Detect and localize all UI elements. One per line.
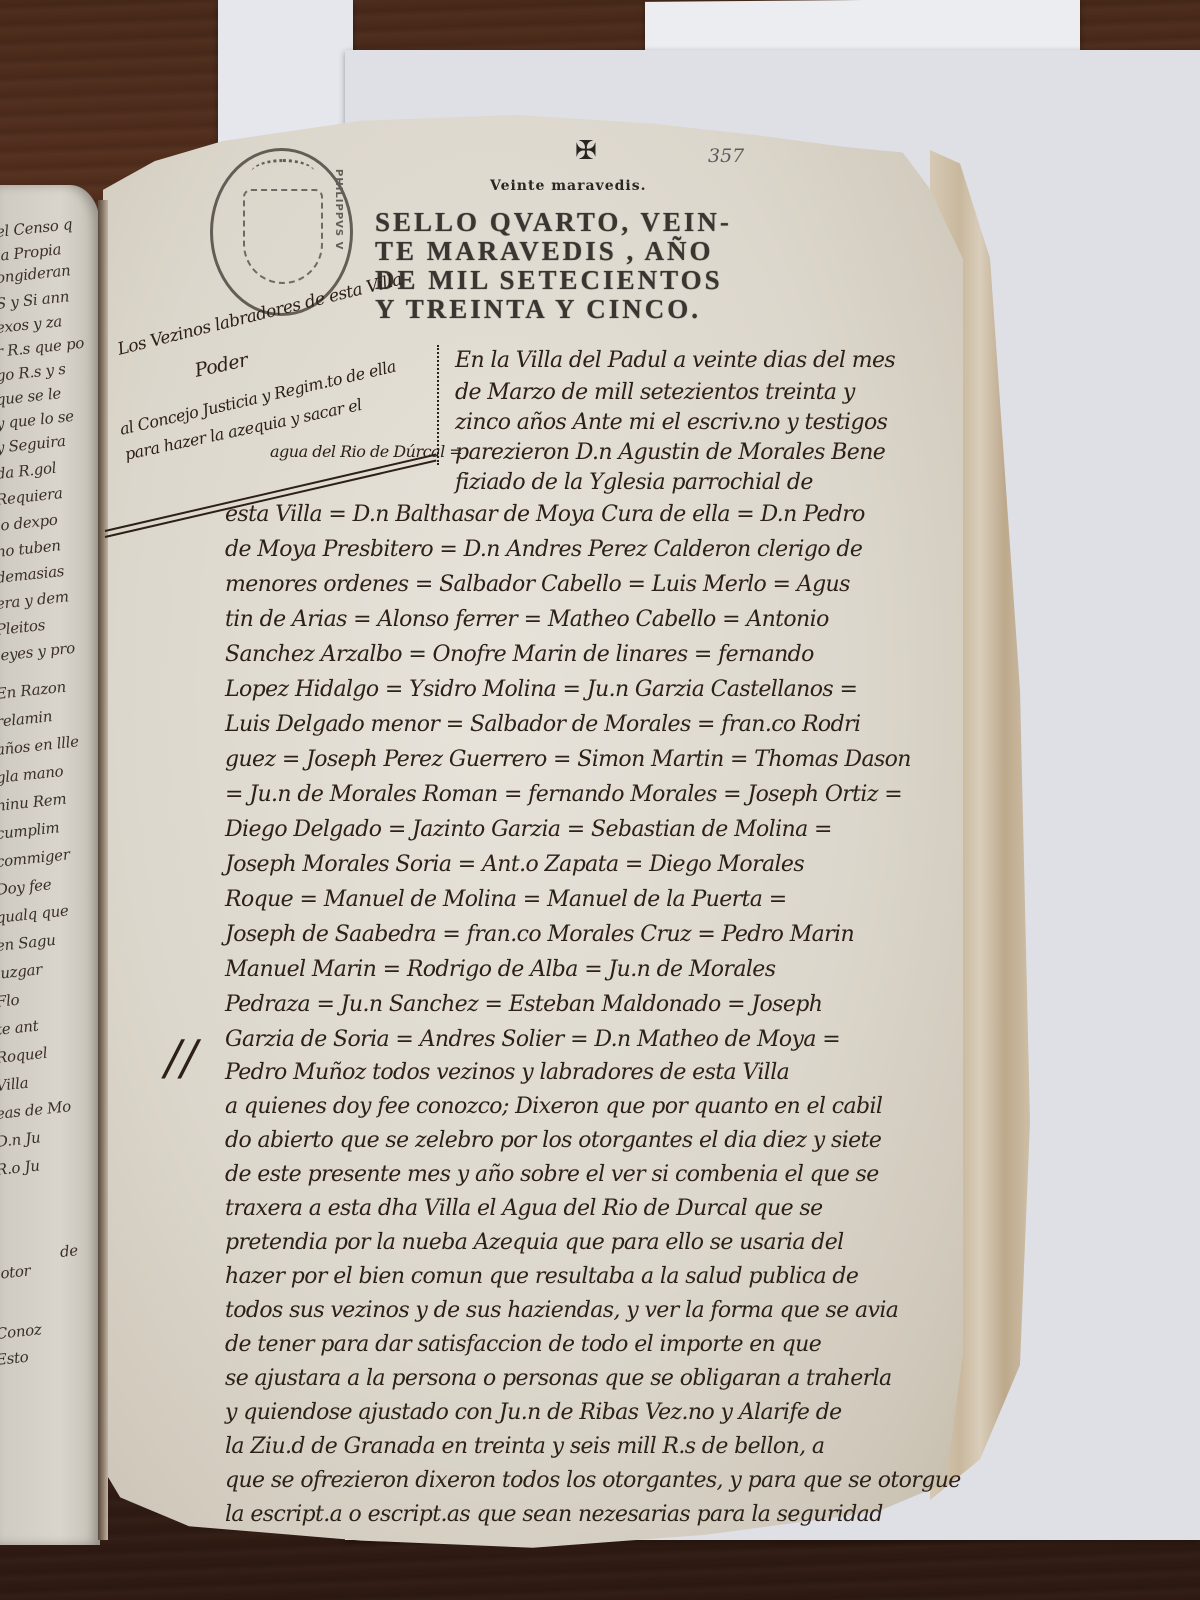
body-line: Joseph Morales Soria = Ant.o Zapata = Di… <box>225 852 804 877</box>
left-page-line: eas de Mo <box>0 1097 72 1123</box>
body-line: Manuel Marin = Rodrigo de Alba = Ju.n de… <box>225 957 775 982</box>
left-page-line: go R.s y s <box>0 360 66 385</box>
left-page-line: Roquel <box>0 1044 48 1067</box>
seal-legend: PHILIPPVS V <box>333 169 344 250</box>
left-page-line: de <box>59 1241 79 1261</box>
body-line: Pedro Muñoz todos vezinos y labradores d… <box>225 1060 789 1085</box>
stamp-title-line: TE MARAVEDIS , AÑO <box>375 237 845 266</box>
left-page-line: ia Propia <box>0 240 62 265</box>
crown-icon <box>251 159 315 187</box>
left-page-line: Villa <box>0 1074 29 1095</box>
left-page-line: lotor <box>0 1261 31 1283</box>
folio-number: 357 <box>708 145 744 167</box>
body-line: do abierto que se zelebro por los otorga… <box>225 1128 881 1153</box>
left-page-line: y que lo se <box>0 407 75 433</box>
body-line: fiziado de la Yglesia parrochial de <box>455 470 813 495</box>
left-page-line: En Razon <box>0 678 67 703</box>
body-line: la escript.a o escript.as que sean nezes… <box>225 1502 883 1527</box>
body-line: a quienes doy fee conozco; Dixeron que p… <box>225 1094 882 1119</box>
body-line: se ajustara a la persona o personas que … <box>225 1366 892 1391</box>
left-page-line: en Sagu <box>0 931 56 955</box>
body-line: = Ju.n de Morales Roman = fernando Moral… <box>225 782 902 807</box>
left-page-line: commiger <box>0 845 70 871</box>
body-line: pretendia por la nueba Azequia que para … <box>225 1230 844 1255</box>
body-line: Diego Delgado = Jazinto Garzia = Sebasti… <box>225 817 832 842</box>
book-gutter <box>98 200 108 1540</box>
body-line: de Marzo de mill setezientos treinta y <box>455 380 855 405</box>
left-page-line: gla mano <box>0 762 64 787</box>
left-page-line: lo dexpo <box>0 511 58 535</box>
body-line: y quiendose ajustado con Ju.n de Ribas V… <box>225 1400 842 1425</box>
body-line: menores ordenes = Salbador Cabello = Lui… <box>225 572 850 597</box>
body-line: de tener para dar satisfaccion de todo e… <box>225 1332 821 1357</box>
left-page-line: qualq que <box>0 901 69 927</box>
left-page-line: no tuben <box>0 536 61 561</box>
body-line: zinco años Ante mi el escriv.no y testig… <box>455 410 887 435</box>
body-line: Pedraza = Ju.n Sanchez = Esteban Maldona… <box>225 992 822 1017</box>
left-page-line: D.n Ju <box>0 1128 41 1151</box>
left-page-line: ongideran <box>0 261 71 287</box>
left-page-line: juzgar <box>0 960 43 983</box>
body-line: la Ziu.d de Granada en treinta y seis mi… <box>225 1434 824 1459</box>
body-line: parezieron D.n Agustin de Morales Bene <box>455 440 885 465</box>
backing-sheet-top <box>645 0 1080 54</box>
body-line: Roque = Manuel de Molina = Manuel de la … <box>225 887 787 912</box>
body-line: esta Villa = D.n Balthasar de Moya Cura … <box>225 502 865 527</box>
left-page-line: Conoz <box>0 1320 42 1343</box>
coat-of-arms-icon <box>243 189 323 284</box>
left-page-fragment: el Censo q ia Propia ongideran S y Si an… <box>0 185 100 1545</box>
left-page-line: el Censo q <box>0 215 73 241</box>
left-page-line: leyes y pro <box>0 639 76 665</box>
stamp-paper-title: SELLO QVARTO, VEIN- TE MARAVEDIS , AÑO D… <box>375 208 845 324</box>
body-line: Garzia de Soria = Andres Solier = D.n Ma… <box>225 1027 840 1052</box>
left-page-line: da R.gol <box>0 459 57 483</box>
body-line: Joseph de Saabedra = fran.co Morales Cru… <box>225 922 854 947</box>
left-page-line: era y dem <box>0 587 70 613</box>
left-page-line: y Seguira <box>0 432 66 457</box>
stamp-title-line: SELLO QVARTO, VEIN- <box>375 208 845 237</box>
left-page-line: Doy fee <box>0 875 52 899</box>
body-line: Luis Delgado menor = Salbador de Morales… <box>225 712 860 737</box>
left-page-line: demasias <box>0 562 65 587</box>
stamp-title-line: DE MIL SETECIENTOS <box>375 266 845 295</box>
body-line: Lopez Hidalgo = Ysidro Molina = Ju.n Gar… <box>225 677 857 702</box>
stamp-title-line: Y TREINTA Y CINCO. <box>375 295 845 324</box>
margin-bracket <box>437 345 443 465</box>
margin-note-line: agua del Rio de Dúrcal = <box>270 442 462 461</box>
stamp-value-header: Veinte maravedis. <box>490 178 646 194</box>
left-page-line: Requiera <box>0 484 63 509</box>
left-page-line: que se le <box>0 384 62 409</box>
body-line: En la Villa del Padul a veinte dias del … <box>455 348 895 373</box>
left-page-line: relamin <box>0 707 53 731</box>
left-page-line: años en llle <box>0 732 80 759</box>
body-line: de Moya Presbitero = D.n Andres Perez Ca… <box>225 537 862 562</box>
body-line: de este presente mes y año sobre el ver … <box>225 1162 879 1187</box>
left-page-line: r R.s que po <box>0 334 85 361</box>
body-line: Sanchez Arzalbo = Onofre Marin de linare… <box>225 642 814 667</box>
left-page-line: R.o Ju <box>0 1156 40 1178</box>
left-page-line: Pleitos <box>0 616 46 639</box>
body-line: todos sus vezinos y de sus haziendas, y … <box>225 1298 898 1323</box>
body-line: que se ofrezieron dixeron todos los otor… <box>225 1468 961 1493</box>
left-page-line: Flo <box>0 991 20 1011</box>
body-line: hazer por el bien comun que resultaba a … <box>225 1264 858 1289</box>
left-page-line: S y Si ann <box>0 287 70 313</box>
left-page-line: exos y za <box>0 312 63 337</box>
left-page-line: ninu Rem <box>0 790 67 815</box>
cross-icon: ✠ <box>575 136 597 166</box>
left-page-line: cumplim <box>0 818 60 843</box>
left-page-line: te ant <box>0 1017 39 1039</box>
body-line: traxera a esta dha Villa el Agua del Rio… <box>225 1196 823 1221</box>
left-page-line: Esto <box>0 1348 29 1369</box>
body-line: guez = Joseph Perez Guerrero = Simon Mar… <box>225 747 911 772</box>
body-line: tin de Arias = Alonso ferrer = Matheo Ca… <box>225 607 829 632</box>
paragraph-mark: // <box>165 1030 197 1086</box>
